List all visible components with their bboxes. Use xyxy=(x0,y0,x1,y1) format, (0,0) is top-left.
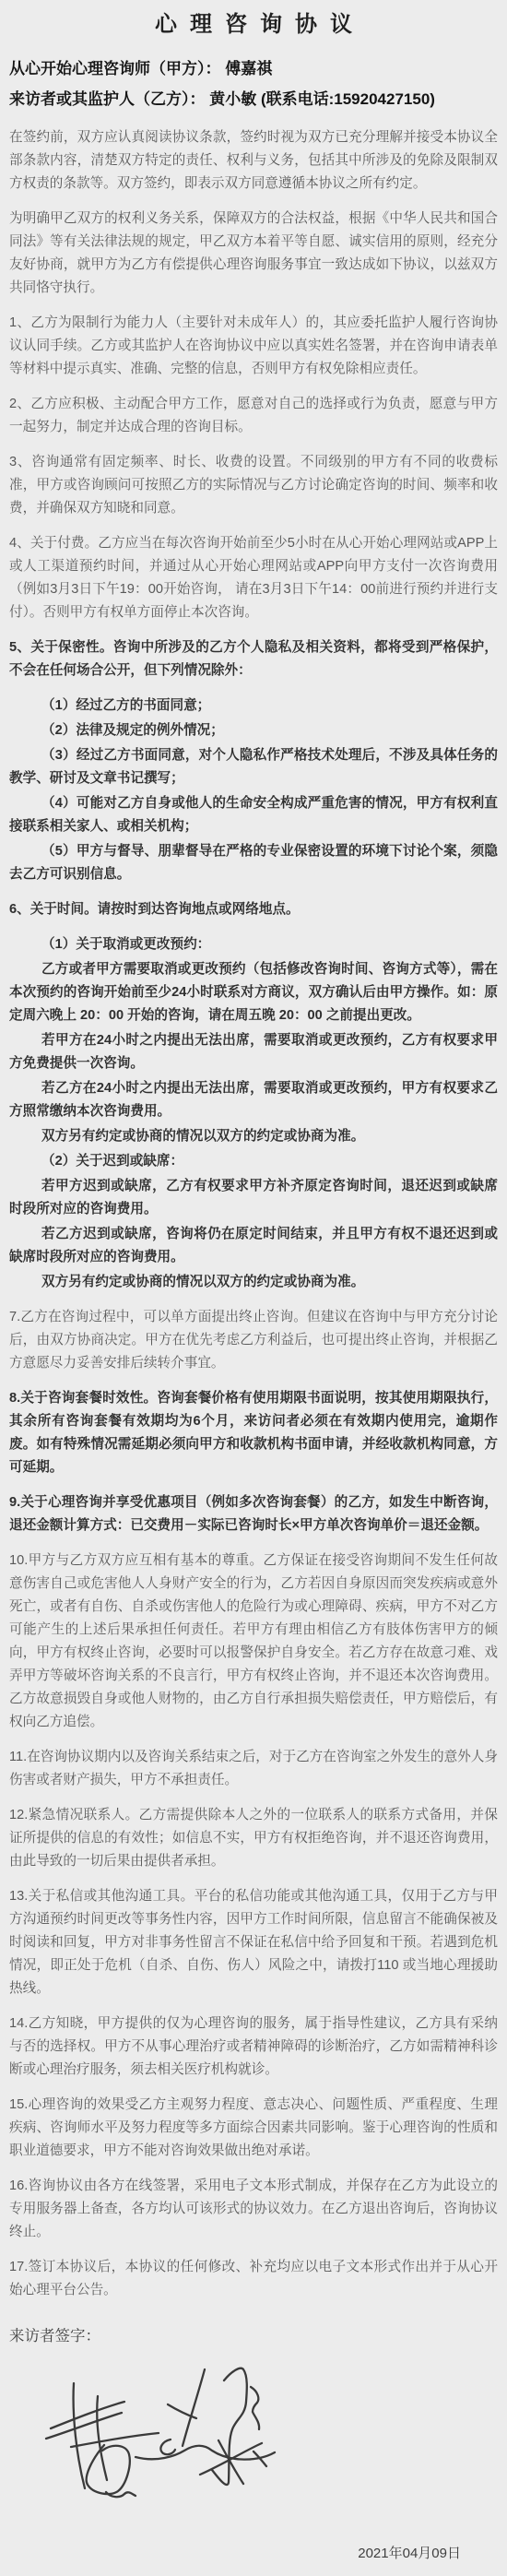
agreement-paragraph: 双方另有约定或协商的情况以双方的约定或协商为准。 xyxy=(9,1125,498,1148)
handwritten-signature xyxy=(37,2362,277,2506)
agreement-paragraph: 7.乙方在咨询过程中，可以单方面提出终止咨询。但建议在咨询中与甲方充分讨论后，由… xyxy=(9,1306,498,1375)
visitor-signature-label: 来访者签字： xyxy=(9,2326,498,2347)
agreement-paragraph: 10.甲方与乙方双方应互相有基本的尊重。乙方保证在接受咨询期间不发生任何故意伤害… xyxy=(9,1549,498,1734)
agreement-paragraph: 15.心理咨询的效果受乙方主观努力程度、意志决心、问题性质、严重程度、生理疾病、… xyxy=(9,2094,498,2163)
agreement-paragraph: 在签约前，双方应认真阅读协议条款，签约时视为双方已充分理解并接受本协议全部条款内… xyxy=(9,126,498,196)
agreement-paragraph: 3、咨询通常有固定频率、时长、收费的设置。不同级别的甲方有不同的收费标准，甲方或… xyxy=(9,451,498,520)
party-b-line: 来访者或其监护人（乙方）： 黄小敏 (联系电话:15920427150) xyxy=(9,84,498,114)
agreement-paragraph: 16.咨询协议由各方在线签署，采用电子文本形式制成，并保存在乙方为此设立的专用服… xyxy=(9,2175,498,2244)
agreement-paragraph: 2、乙方应积极、主动配合甲方工作，愿意对自己的选择或行为负责，愿意与甲方一起努力… xyxy=(9,393,498,439)
agreement-paragraph: 9.关于心理咨询并享受优惠项目（例如多次咨询套餐）的乙方，如发生中断咨询，退还金… xyxy=(9,1491,498,1537)
agreement-paragraph: （3）经过乙方书面同意，对个人隐私作严格技术处理后，不涉及具体任务的教学、研讨及… xyxy=(9,744,498,790)
agreement-paragraph: 14.乙方知晓，甲方提供的仅为心理咨询的服务，属于指导性建议，乙方具有采纳与否的… xyxy=(9,2012,498,2082)
agreement-paragraph: 11.在咨询协议期内以及咨询关系结束之后，对于乙方在咨询室之外发生的意外人身伤害… xyxy=(9,1746,498,1792)
party-a-line: 从心开始心理咨询师（甲方）： 傅嘉祺 xyxy=(9,53,498,84)
agreement-paragraph: （1）经过乙方的书面同意； xyxy=(9,694,498,718)
agreement-paragraph: 12.紧急情况联系人。乙方需提供除本人之外的一位联系人的联系方式备用，并保证所提… xyxy=(9,1804,498,1873)
agreement-paragraph: 1、乙方为限制行为能力人（主要针对未成年人）的，其应委托监护人履行咨询协议认同手… xyxy=(9,312,498,381)
agreement-paragraph: 若甲方迟到或缺席，乙方有权要求甲方补齐原定咨询时间，退还迟到或缺席时段所对应的咨… xyxy=(9,1175,498,1221)
signature-scribble-icon xyxy=(37,2362,277,2506)
agreement-paragraph: 6、关于时间。请按时到达咨询地点或网络地点。 xyxy=(9,898,498,921)
page-title: 心理咨询协议 xyxy=(9,9,498,41)
agreement-body: 在签约前，双方应认真阅读协议条款，签约时视为双方已充分理解并接受本协议全部条款内… xyxy=(9,126,498,2302)
agreement-page: 心理咨询协议 从心开始心理咨询师（甲方）： 傅嘉祺 来访者或其监护人（乙方）： … xyxy=(0,0,507,2562)
agreement-paragraph: 13.关于私信或其他沟通工具。平台的私信功能或其他沟通工具，仅用于乙方与甲方沟通… xyxy=(9,1885,498,2000)
agreement-paragraph: 8.关于咨询套餐时效性。咨询套餐价格有使用期限书面说明，按其使用期限执行，其余所… xyxy=(9,1387,498,1479)
agreement-paragraph: 4、关于付费。乙方应当在每次咨询开始前至少5小时在从心开始心理网站或APP上或人… xyxy=(9,532,498,624)
agreement-paragraph: 若甲方在24小时之内提出无法出席，需要取消或更改预约，乙方有权要求甲方免费提供一… xyxy=(9,1029,498,1075)
agreement-paragraph: （1）关于取消或更改预约： xyxy=(9,933,498,956)
agreement-paragraph: 乙方或者甲方需要取消或更改预约（包括修改咨询时间、咨询方式等），需在本次预约的咨… xyxy=(9,958,498,1027)
agreement-paragraph: （5）甲方与督导、朋辈督导在严格的专业保密设置的环境下讨论个案，须隐去乙方可识别… xyxy=(9,840,498,886)
agreement-paragraph: （2）法律及规定的例外情况； xyxy=(9,719,498,742)
agreement-paragraph: 5、关于保密性。咨询中所涉及的乙方个人隐私及相关资料，都将受到严格保护，不会在任… xyxy=(9,636,498,683)
agreement-paragraph: 双方另有约定或协商的情况以双方的约定或协商为准。 xyxy=(9,1271,498,1294)
signature-date: 2021年04月09日 xyxy=(9,2543,498,2562)
agreement-paragraph: 17.签订本协议后，本协议的任何修改、补充均应以电子文本形式作出并于从心开始心理… xyxy=(9,2256,498,2302)
agreement-paragraph: （2）关于迟到或缺席： xyxy=(9,1150,498,1173)
agreement-paragraph: 若乙方在24小时之内提出无法出席，需要取消或更改预约，甲方有权要求乙方照常缴纳本… xyxy=(9,1077,498,1123)
agreement-paragraph: 为明确甲乙双方的权利义务关系，保障双方的合法权益，根据《中华人民共和国合同法》等… xyxy=(9,208,498,300)
agreement-paragraph: （4）可能对乙方自身或他人的生命安全构成严重危害的情况，甲方有权利直接联系相关家… xyxy=(9,792,498,838)
agreement-paragraph: 若乙方迟到或缺席，咨询将仍在原定时间结束，并且甲方有权不退还迟到或缺席时段所对应… xyxy=(9,1223,498,1269)
